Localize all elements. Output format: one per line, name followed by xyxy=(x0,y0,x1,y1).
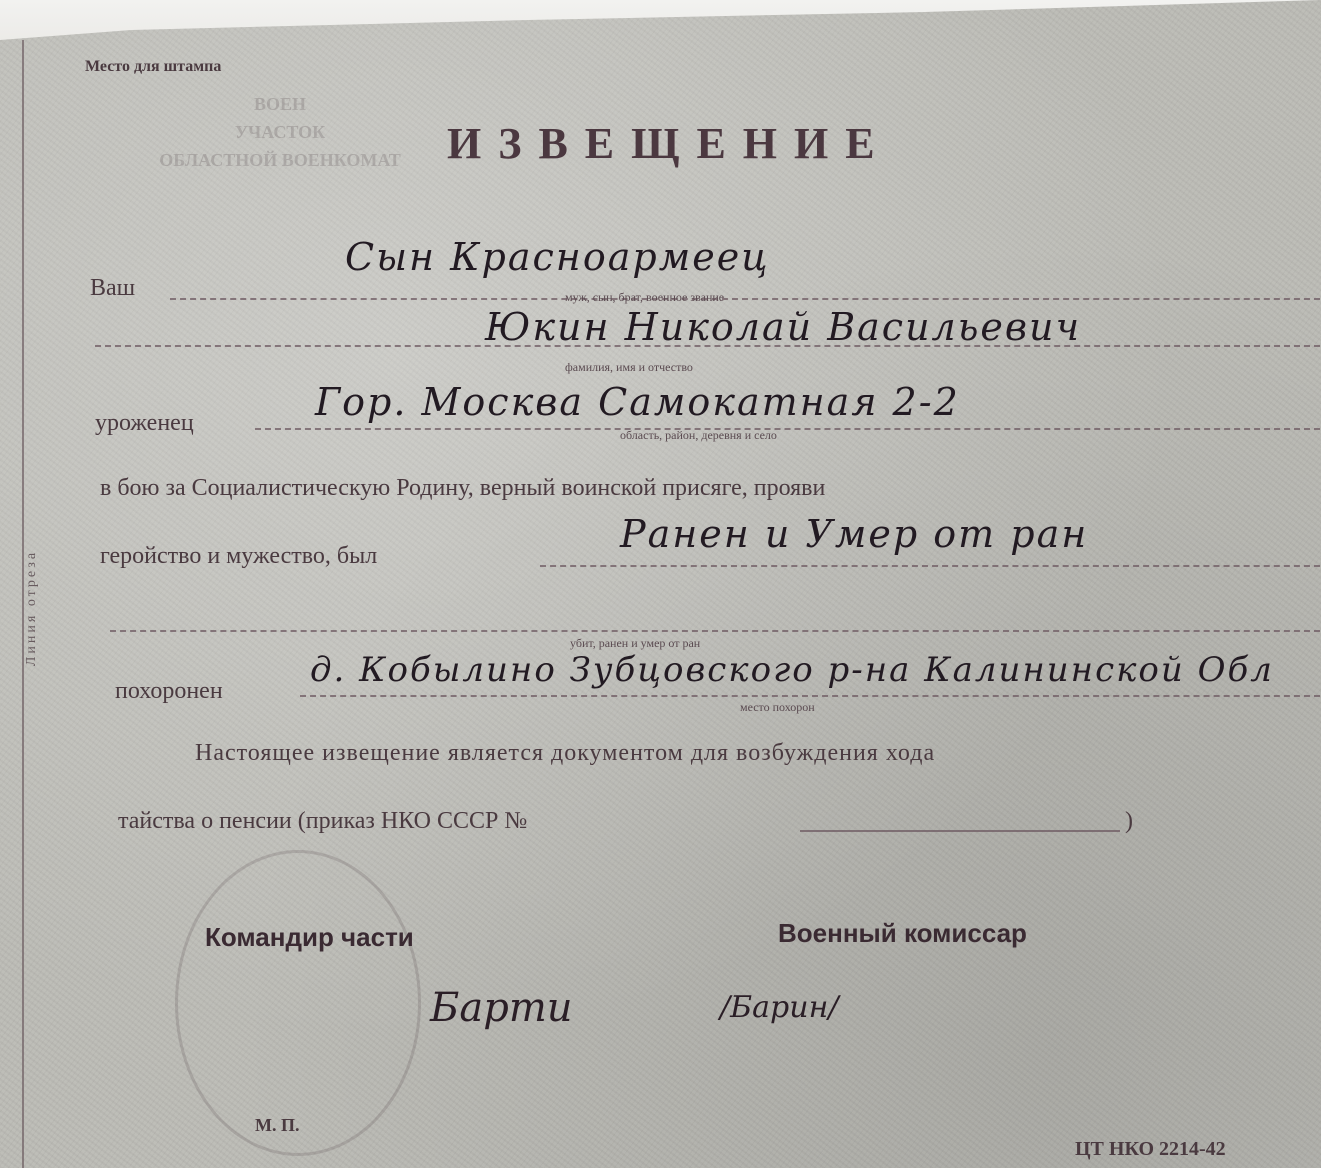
fate-rule xyxy=(540,565,1320,567)
commander-label: Командир части xyxy=(205,922,414,953)
faded-stamp-line: ВОЕН xyxy=(150,90,410,118)
burial-rule xyxy=(300,695,1320,697)
faded-stamp: ВОЕН УЧАСТОК ОБЛАСТНОЙ ВОЕНКОМАТ xyxy=(150,90,410,230)
fate-caption: убит, ранен и умер от ран xyxy=(570,636,700,651)
birthplace-rule xyxy=(255,428,1320,430)
commissar-signature: /Барин/ xyxy=(720,990,838,1025)
relation-rule xyxy=(170,298,1320,300)
notice-line-1: Настоящее извещение является документом … xyxy=(195,740,935,767)
commissar-label: Военный комиссар xyxy=(778,918,1027,949)
stamp-place-label: Место для штампа xyxy=(85,58,221,76)
burial-label: похоронен xyxy=(115,678,223,705)
notice-line-2: тайства о пенсии (приказ НКО СССР № xyxy=(118,808,527,835)
form-code: ЦТ НКО 2214-42 xyxy=(1075,1138,1226,1161)
birthplace-value: Гор. Москва Самокатная 2-2 xyxy=(315,380,960,424)
fate-label: геройство и мужество, был xyxy=(100,543,377,570)
commander-signature: Барти xyxy=(430,985,573,1031)
cut-line-label: Линия отреза xyxy=(24,538,40,678)
fate-continuation-rule xyxy=(110,630,1320,632)
relation-label: Ваш xyxy=(90,275,135,302)
full-name-value: Юкин Николай Васильевич xyxy=(485,305,1081,349)
seal-circle xyxy=(175,850,421,1156)
relation-caption: муж, сын, брат, военное звание xyxy=(565,290,724,305)
faded-stamp-line: ОБЛАСТНОЙ ВОЕНКОМАТ xyxy=(150,146,410,174)
faded-stamp-line: УЧАСТОК xyxy=(150,118,410,146)
document-title: ИЗВЕЩЕНИЕ xyxy=(447,118,892,169)
seal-label: М. П. xyxy=(255,1115,300,1136)
fate-value: Ранен и Умер от ран xyxy=(620,512,1088,556)
birthplace-caption: область, район, деревня и село xyxy=(620,428,777,443)
battle-text: в бою за Социалистическую Родину, верный… xyxy=(100,475,825,502)
notice-line-2-end: ) xyxy=(1125,808,1133,835)
full-name-caption: фамилия, имя и отчество xyxy=(565,360,693,375)
burial-caption: место похорон xyxy=(740,700,815,715)
burial-value: д. Кобылино Зубцовского р-на Калининской… xyxy=(310,650,1274,690)
order-number-rule xyxy=(800,830,1120,832)
birthplace-label: уроженец xyxy=(95,410,194,437)
relation-value: Сын Красноармеец xyxy=(345,235,770,279)
